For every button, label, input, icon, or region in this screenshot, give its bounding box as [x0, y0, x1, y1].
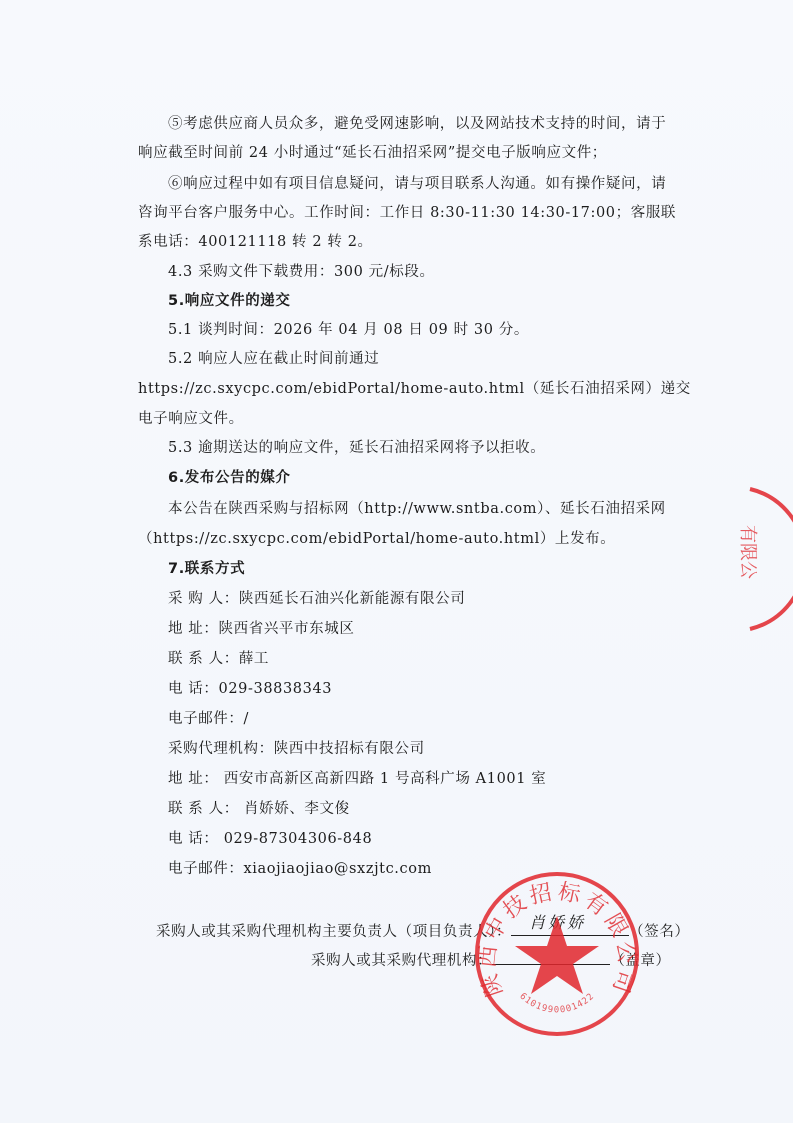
- svg-text:有限公: 有限公: [737, 525, 758, 579]
- purchaser-address-label: 地 址：: [168, 621, 219, 637]
- document-page: ⑤考虑供应商人员众多，避免受网速影响，以及网站技术支持的时间，请于 响应截至时间…: [0, 0, 793, 1123]
- purchaser-email-value: /: [244, 711, 250, 727]
- paragraph-item6-line2: 咨询平台客户服务中心。工作时间：工作日 8:30-11:30 14:30-17:…: [138, 203, 676, 223]
- responsible-suffix: （签名）: [629, 924, 689, 940]
- agency-email-label: 电子邮件：: [168, 861, 244, 877]
- contact-purchaser-email: 电子邮件：/: [168, 709, 249, 729]
- purchaser-address-value: 陕西省兴平市东城区: [219, 621, 355, 637]
- agency-seal-suffix: （盖章）: [610, 953, 670, 969]
- contact-purchaser-person: 联 系 人：薛工: [168, 649, 269, 669]
- edge-seal-icon: 有限公: [720, 485, 793, 635]
- section-6-line2[interactable]: （https://zc.sxycpc.com/ebidPortal/home-a…: [138, 529, 615, 549]
- paragraph-item6-line3: 系电话：400121118 转 2 转 2。: [138, 232, 373, 252]
- seal-line[interactable]: [492, 948, 610, 965]
- contact-agency-email: 电子邮件：xiaojiaojiao@sxzjtc.com: [168, 859, 432, 879]
- section-6-heading: 6.发布公告的媒介: [168, 468, 291, 488]
- svg-text:6101990001422: 6101990001422: [517, 991, 596, 1015]
- contact-agency: 采购代理机构：陕西中技招标有限公司: [168, 739, 425, 759]
- agency-phone-label: 电 话：: [168, 831, 219, 847]
- section-5-2-line3: 电子响应文件。: [138, 409, 244, 429]
- purchaser-phone-label: 电 话：: [168, 681, 219, 697]
- paragraph-item5-line2: 响应截至时间前 24 小时通过“延长石油招采网”提交电子版响应文件；: [138, 143, 607, 163]
- section-5-3: 5.3 逾期送达的响应文件，延长石油招采网将予以拒收。: [168, 438, 545, 458]
- section-6-line1[interactable]: 本公告在陕西采购与招标网（http://www.sntba.com）、延长石油招…: [168, 499, 666, 519]
- paragraph-item6-line1: ⑥响应过程中如有项目信息疑问，请与项目联系人沟通。如有操作疑问，请: [168, 174, 666, 194]
- agency-contact-label: 联 系 人：: [168, 801, 239, 817]
- agency-label: 采购代理机构：: [168, 741, 274, 757]
- agency-address-label: 地 址：: [168, 771, 219, 787]
- purchaser-value: 陕西延长石油兴化新能源有限公司: [239, 591, 466, 607]
- section-5-2-line2[interactable]: https://zc.sxycpc.com/ebidPortal/home-au…: [138, 379, 691, 399]
- agency-contact-value: 肖娇娇、李文俊: [239, 801, 350, 817]
- responsible-label: 采购人或其采购代理机构主要负责人（项目负责人）：: [156, 924, 511, 940]
- agency-email-value[interactable]: xiaojiaojiao@sxzjtc.com: [244, 861, 432, 877]
- contact-purchaser-phone: 电 话：029-38838343: [168, 679, 332, 699]
- contact-purchaser-address: 地 址：陕西省兴平市东城区: [168, 619, 354, 639]
- agency-seal-label: 采购人或其采购代理机构：: [311, 953, 492, 969]
- section-5-2-line1: 5.2 响应人应在截止时间前通过: [168, 349, 379, 369]
- purchaser-email-label: 电子邮件：: [168, 711, 244, 727]
- contact-agency-phone: 电 话： 029-87304306-848: [168, 829, 372, 849]
- purchaser-label: 采 购 人：: [168, 591, 239, 607]
- paragraph-4-3: 4.3 采购文件下载费用：300 元/标段。: [168, 262, 435, 282]
- section-7-heading: 7.联系方式: [168, 559, 245, 579]
- agency-value: 陕西中技招标有限公司: [274, 741, 425, 757]
- contact-agency-address: 地 址： 西安市高新区高新四路 1 号高科广场 A1001 室: [168, 769, 546, 789]
- signature-row-responsible: 采购人或其采购代理机构主要负责人（项目负责人）：肖娇娇（签名）: [156, 919, 690, 942]
- purchaser-contact-value: 薛工: [239, 651, 269, 667]
- contact-agency-person: 联 系 人： 肖娇娇、李文俊: [168, 799, 350, 819]
- signature-row-agency: 采购人或其采购代理机构：（盖章）: [311, 948, 671, 971]
- purchaser-phone-value: 029-38838343: [219, 681, 333, 697]
- signature-line[interactable]: 肖娇娇: [511, 919, 629, 936]
- handwritten-signature: 肖娇娇: [529, 913, 586, 933]
- section-5-heading: 5.响应文件的递交: [168, 291, 291, 311]
- section-5-1: 5.1 谈判时间：2026 年 04 月 08 日 09 时 30 分。: [168, 320, 529, 340]
- paragraph-item5-line1: ⑤考虑供应商人员众多，避免受网速影响，以及网站技术支持的时间，请于: [168, 114, 666, 134]
- contact-purchaser: 采 购 人：陕西延长石油兴化新能源有限公司: [168, 589, 465, 609]
- agency-phone-value: 029-87304306-848: [219, 831, 373, 847]
- purchaser-contact-label: 联 系 人：: [168, 651, 239, 667]
- agency-address-value: 西安市高新区高新四路 1 号高科广场 A1001 室: [219, 771, 547, 787]
